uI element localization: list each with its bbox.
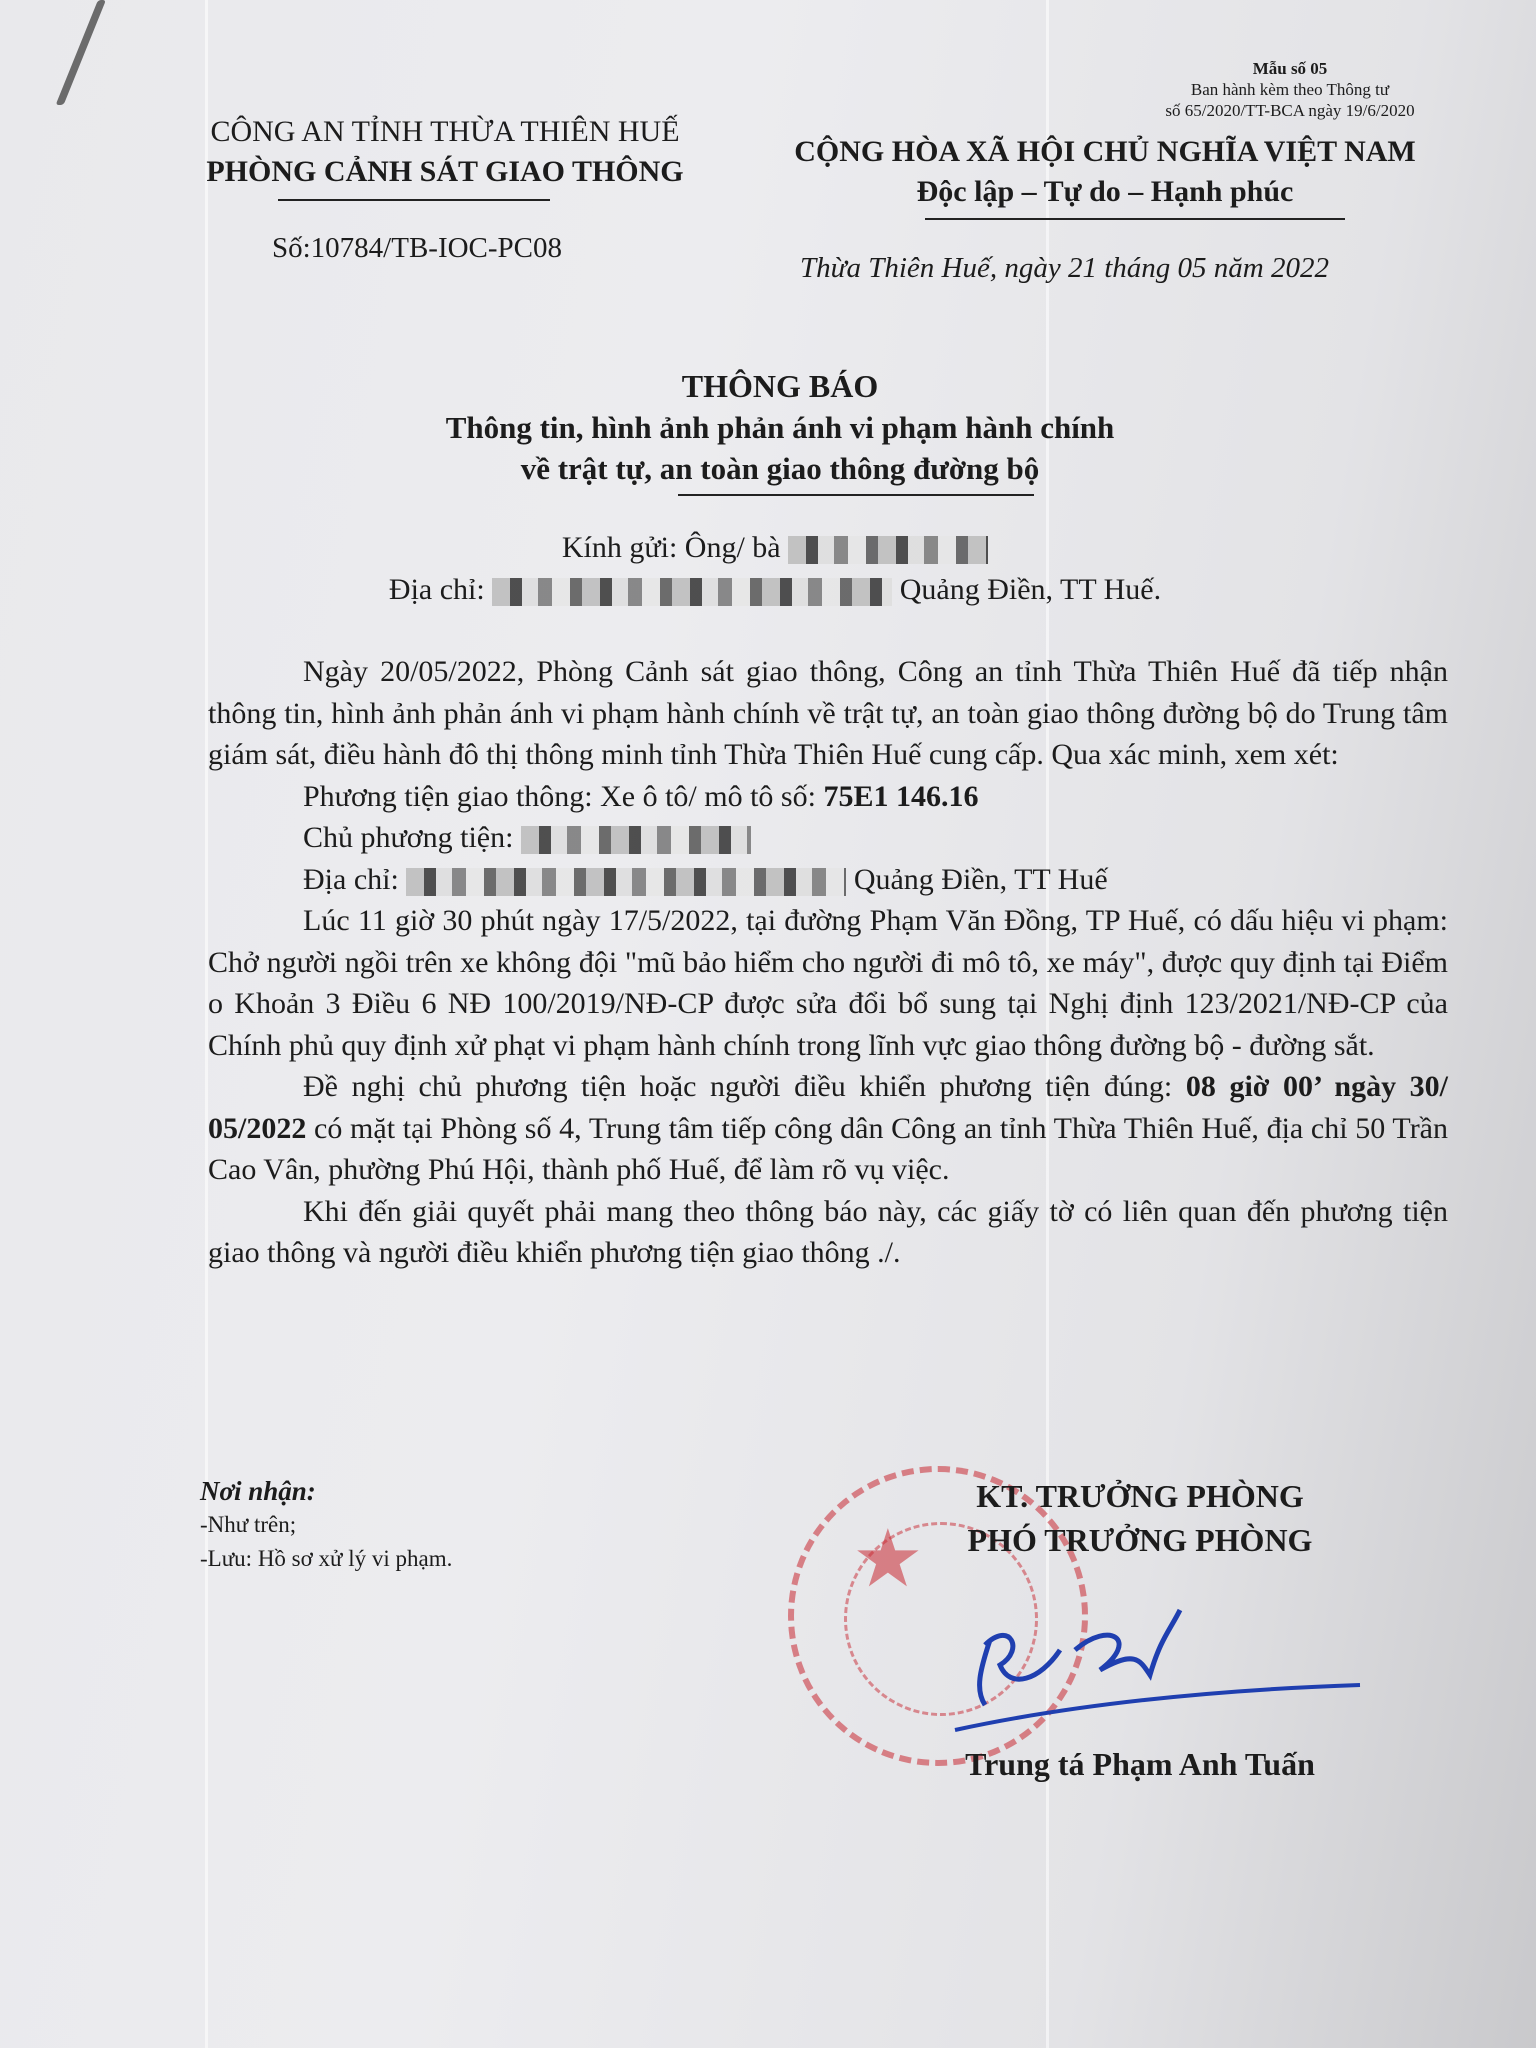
recipients-item: -Như trên;: [200, 1508, 452, 1542]
vehicle-label: Phương tiện giao thông: Xe ô tô/ mô tô s…: [303, 780, 816, 813]
redacted-owner-address: [406, 868, 846, 896]
nation-line2: Độc lập – Tự do – Hạnh phúc: [750, 172, 1460, 212]
redacted-address: [492, 578, 892, 606]
nation-underline: [925, 218, 1345, 220]
owner-line: Chủ phương tiện:: [208, 817, 1448, 859]
recipients-label: Nơi nhận:: [200, 1474, 452, 1508]
owner-label: Chủ phương tiện:: [303, 821, 513, 854]
nation-line1: CỘNG HÒA XÃ HỘI CHỦ NGHĨA VIỆT NAM: [750, 132, 1460, 172]
form-circular: số 65/2020/TT-BCA ngày 19/6/2020: [1140, 100, 1440, 121]
document-number: Số:10784/TB-IOC-PC08: [272, 232, 562, 265]
signature-title: KT. TRƯỞNG PHÒNG PHÓ TRƯỞNG PHÒNG: [900, 1474, 1380, 1562]
redacted-name: [788, 536, 988, 564]
title-subtitle-2: về trật tự, an toàn giao thông đường bộ: [330, 448, 1230, 489]
signer-name: Trung tá Phạm Anh Tuấn: [900, 1746, 1380, 1783]
document-date: Thừa Thiên Huế, ngày 21 tháng 05 năm 202…: [800, 252, 1329, 285]
vehicle-line: Phương tiện giao thông: Xe ô tô/ mô tô s…: [208, 776, 1448, 818]
agency-header: CÔNG AN TỈNH THỪA THIÊN HUẾ PHÒNG CẢNH S…: [160, 112, 730, 192]
recipient-block: Kính gửi: Ông/ bà Địa chỉ: Quảng Điền, T…: [270, 527, 1280, 611]
pen-mark: [56, 0, 106, 105]
title-block: THÔNG BÁO Thông tin, hình ảnh phản ánh v…: [330, 366, 1230, 489]
signer-title-1: KT. TRƯỞNG PHÒNG: [900, 1474, 1380, 1518]
handwritten-signature: [950, 1580, 1370, 1740]
title-underline: [678, 494, 1034, 496]
form-header: Mẫu số 05 Ban hành kèm theo Thông tư số …: [1140, 58, 1440, 121]
recipient-address-suffix: Quảng Điền, TT Huế.: [900, 573, 1161, 606]
recipients-item: -Lưu: Hồ sơ xử lý vi phạm.: [200, 1542, 452, 1576]
form-issued-with: Ban hành kèm theo Thông tư: [1140, 79, 1440, 100]
body-text: Ngày 20/05/2022, Phòng Cảnh sát giao thô…: [208, 651, 1448, 1274]
nation-header: CỘNG HÒA XÃ HỘI CHỦ NGHĨA VIỆT NAM Độc l…: [750, 132, 1460, 212]
paragraph-instructions: Khi đến giải quyết phải mang theo thông …: [208, 1191, 1448, 1274]
vehicle-plate: 75E1 146.16: [823, 780, 978, 813]
paragraph-summons: Đề nghị chủ phương tiện hoặc người điều …: [208, 1066, 1448, 1191]
page-title: THÔNG BÁO: [330, 366, 1230, 407]
title-subtitle-1: Thông tin, hình ảnh phản ánh vi phạm hàn…: [330, 407, 1230, 448]
redacted-owner: [521, 826, 751, 854]
agency-line1: CÔNG AN TỈNH THỪA THIÊN HUẾ: [160, 112, 730, 152]
paragraph-intro: Ngày 20/05/2022, Phòng Cảnh sát giao thô…: [208, 651, 1448, 776]
paragraph-violation: Lúc 11 giờ 30 phút ngày 17/5/2022, tại đ…: [208, 900, 1448, 1066]
recipient-greeting: Kính gửi: Ông/ bà: [562, 531, 781, 564]
signer-title-2: PHÓ TRƯỞNG PHÒNG: [900, 1518, 1380, 1562]
recipient-address-label: Địa chỉ:: [389, 573, 485, 606]
agency-line2: PHÒNG CẢNH SÁT GIAO THÔNG: [160, 152, 730, 192]
owner-address-suffix: Quảng Điền, TT Huế: [854, 863, 1108, 896]
form-number: Mẫu số 05: [1140, 58, 1440, 79]
owner-address-label: Địa chỉ:: [303, 863, 399, 896]
recipients-block: Nơi nhận: -Như trên; -Lưu: Hồ sơ xử lý v…: [200, 1474, 452, 1576]
agency-underline: [278, 199, 550, 201]
owner-address-line: Địa chỉ: Quảng Điền, TT Huế: [208, 859, 1448, 901]
